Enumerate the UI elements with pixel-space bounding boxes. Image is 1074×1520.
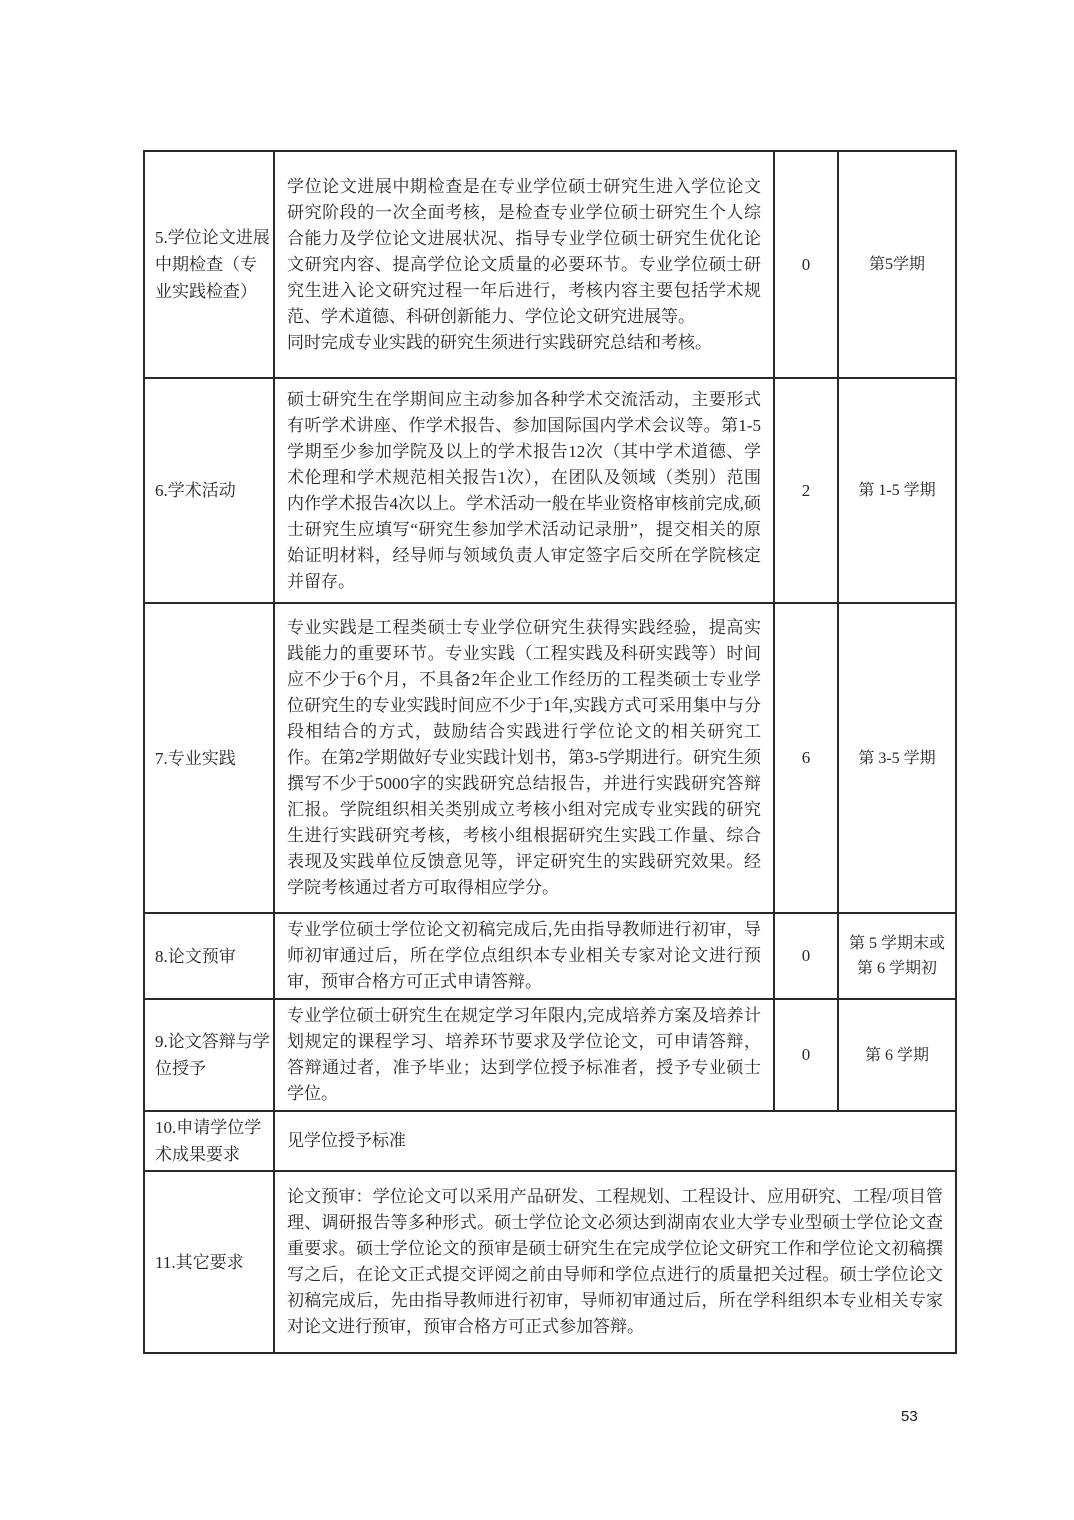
row-semester: 第 5 学期末或第 6 学期初 (838, 913, 956, 999)
row-semester: 第 6 学期 (838, 999, 956, 1111)
row-semester: 第 3-5 学期 (838, 603, 956, 913)
table-row-thesis-pre-review: 8.论文预审 专业学位硕士学位论文初稿完成后,先由指导教师进行初审，导师初审通过… (144, 913, 956, 999)
row-description: 专业实践是工程类硕士专业学位研究生获得实践经验，提高实践能力的重要环节。专业实践… (274, 603, 774, 913)
row-label: 7.专业实践 (144, 603, 274, 913)
table-row-defense-degree-award: 9.论文答辩与学位授予 专业学位硕士研究生在规定学习年限内,完成培养方案及培养计… (144, 999, 956, 1111)
row-label: 9.论文答辩与学位授予 (144, 999, 274, 1111)
row-credits: 6 (774, 603, 838, 913)
table-row-academic-activities: 6.学术活动 硕士研究生在学期间应主动参加各种学术交流活动，主要形式有听学术讲座… (144, 378, 956, 603)
page-number: 53 (901, 1408, 918, 1425)
row-description: 学位论文进展中期检查是在专业学位硕士研究生进入学位论文研究阶段的一次全面考核，是… (274, 151, 774, 378)
row-label: 6.学术活动 (144, 378, 274, 603)
row-credits: 2 (774, 378, 838, 603)
row-semester: 第 1-5 学期 (838, 378, 956, 603)
table-row-thesis-midterm-check: 5.学位论文进展中期检查（专业实践检查） 学位论文进展中期检查是在专业学位硕士研… (144, 151, 956, 378)
row-credits: 0 (774, 999, 838, 1111)
table-row-degree-achievement-requirements: 10.申请学位学术成果要求 见学位授予标准 (144, 1111, 956, 1171)
row-description: 见学位授予标准 (274, 1111, 956, 1171)
row-label: 10.申请学位学术成果要求 (144, 1111, 274, 1171)
row-description: 硕士研究生在学期间应主动参加各种学术交流活动，主要形式有听学术讲座、作学术报告、… (274, 378, 774, 603)
row-credits: 0 (774, 913, 838, 999)
training-plan-table: 5.学位论文进展中期检查（专业实践检查） 学位论文进展中期检查是在专业学位硕士研… (143, 150, 957, 1354)
row-semester: 第5学期 (838, 151, 956, 378)
row-description: 专业学位硕士学位论文初稿完成后,先由指导教师进行初审，导师初审通过后，所在学位点… (274, 913, 774, 999)
row-description: 专业学位硕士研究生在规定学习年限内,完成培养方案及培养计划规定的课程学习、培养环… (274, 999, 774, 1111)
description-paragraph: 同时完成专业实践的研究生须进行实践研究总结和考核。 (287, 330, 761, 356)
row-description: 论文预审：学位论文可以采用产品研发、工程规划、工程设计、应用研究、工程/项目管理… (274, 1171, 956, 1353)
row-credits: 0 (774, 151, 838, 378)
row-label: 11.其它要求 (144, 1171, 274, 1353)
row-label: 5.学位论文进展中期检查（专业实践检查） (144, 151, 274, 378)
table-row-other-requirements: 11.其它要求 论文预审：学位论文可以采用产品研发、工程规划、工程设计、应用研究… (144, 1171, 956, 1353)
table-row-professional-practice: 7.专业实践 专业实践是工程类硕士专业学位研究生获得实践经验，提高实践能力的重要… (144, 603, 956, 913)
document-page: 5.学位论文进展中期检查（专业实践检查） 学位论文进展中期检查是在专业学位硕士研… (0, 0, 1074, 1520)
row-label: 8.论文预审 (144, 913, 274, 999)
description-paragraph: 学位论文进展中期检查是在专业学位硕士研究生进入学位论文研究阶段的一次全面考核，是… (287, 174, 761, 330)
